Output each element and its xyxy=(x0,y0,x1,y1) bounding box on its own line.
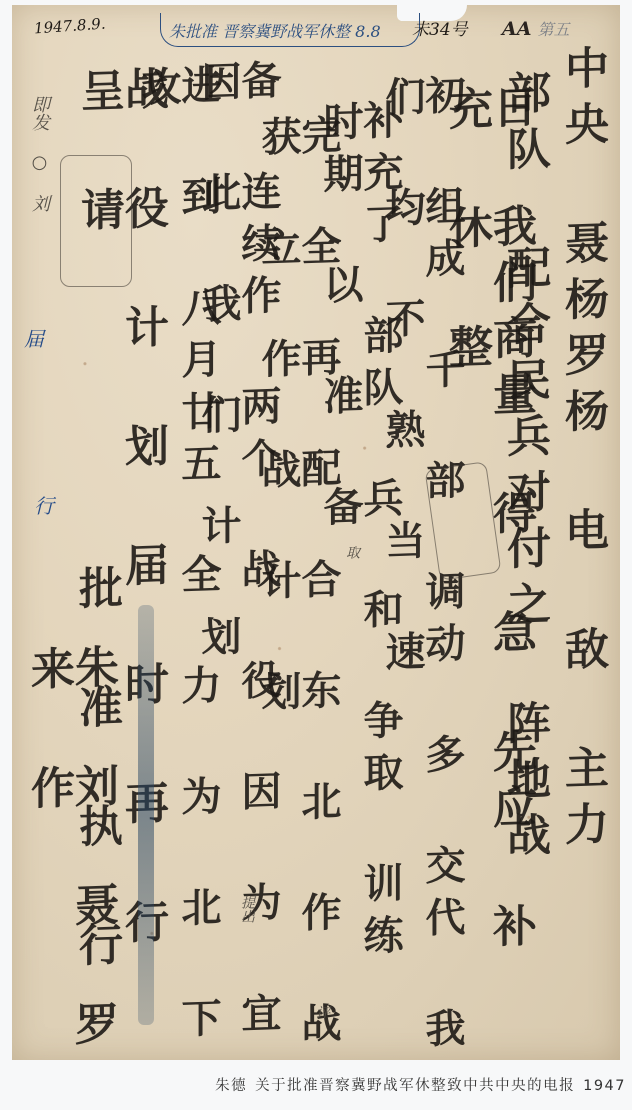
ink-strike-mark xyxy=(138,605,154,1025)
corner-mark-faint: 第五 xyxy=(538,20,570,39)
margin-blue-note-1: 届 xyxy=(24,323,44,352)
serial-number: 未34号 xyxy=(412,15,468,40)
header-annotation: 朱批准 晋察冀野战军休整 8.8 xyxy=(160,13,420,47)
margin-pencil-note: 即发 ○ 刘 xyxy=(26,95,52,212)
pencil-note-3: 评 xyxy=(312,1005,332,1019)
image-caption: 朱德关于批准晋察冀野战军休整致中共中央的电报1947 xyxy=(215,1074,626,1095)
corner-mark: AA 第五 xyxy=(502,17,570,40)
date-annotation: 1947.8.9. xyxy=(33,15,106,38)
corner-mark-text: AA xyxy=(502,18,531,40)
pencil-box-annotation xyxy=(60,155,132,287)
caption-author: 朱德 xyxy=(215,1078,247,1094)
text-column-1: 中央 聂杨罗杨 电 敌 主力 xyxy=(560,44,604,858)
pencil-note-1: 取 xyxy=(342,545,362,559)
signature-column: 朱 刘 聂 罗 来 作 xyxy=(26,643,114,1060)
caption-year: 1947 xyxy=(583,1078,626,1094)
document-paper: 1947.8.9. 朱批准 晋察冀野战军休整 8.8 未34号 AA 第五 中央… xyxy=(12,5,620,1060)
pencil-note-2: 提出 xyxy=(237,895,257,923)
margin-blue-note-2: 行 xyxy=(34,490,54,519)
caption-title: 关于批准晋察冀野战军休整致中共中央的电报 xyxy=(255,1078,575,1094)
